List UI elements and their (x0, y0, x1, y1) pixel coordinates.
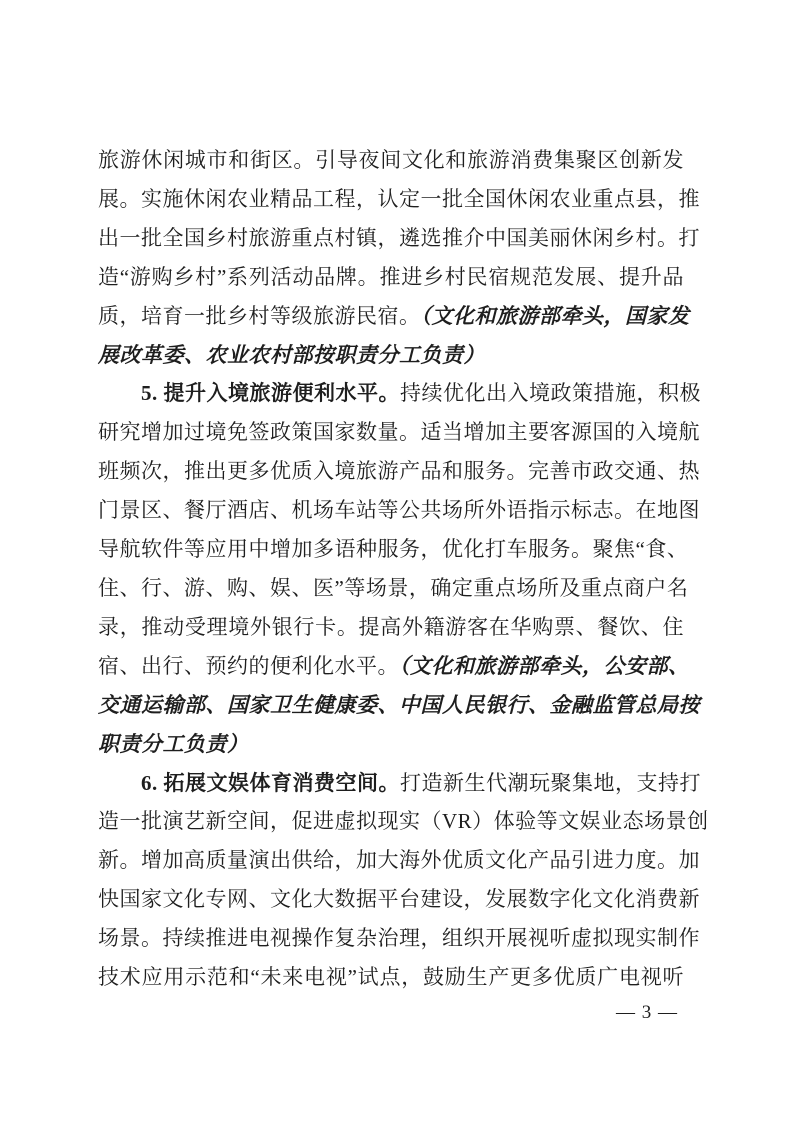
text-line: 质，培育一批乡村等级旅游民宿。（文化和旅游部牵头，国家发 (98, 297, 684, 336)
body-text-segment: 旅游休闲城市和街区。引导夜间文化和旅游消费集聚区创新发 (98, 148, 684, 172)
body-text-segment: 研究增加过境免签政策国家数量。适当增加主要客源国的入境航 (98, 420, 700, 444)
text-line: 展。实施休闲农业精品工程，认定一批全国休闲农业重点县，推 (98, 180, 684, 219)
item-heading-segment: 6. 拓展文娱体育消费空间。 (141, 771, 400, 795)
text-line: 职责分工负责） (98, 725, 684, 764)
text-line: 班频次，推出更多优质入境旅游产品和服务。完善市政交通、热 (98, 452, 684, 491)
text-line: 出一批全国乡村旅游重点村镇，遴选推介中国美丽休闲乡村。打 (98, 219, 684, 258)
text-line: 录，推动受理境外银行卡。提高外籍游客在华购票、餐饮、住 (98, 608, 684, 647)
text-line: 研究增加过境免签政策国家数量。适当增加主要客源国的入境航 (98, 413, 684, 452)
text-line: 交通运输部、国家卫生健康委、中国人民银行、金融监管总局按 (98, 686, 684, 725)
text-line: 宿、出行、预约的便利化水平。（文化和旅游部牵头，公安部、 (98, 647, 684, 686)
document-page: 旅游休闲城市和街区。引导夜间文化和旅游消费集聚区创新发 展。实施休闲农业精品工程… (0, 0, 794, 1123)
body-text-segment: 造一批演艺新空间，促进虚拟现实（VR）体验等文娱业态场景创 (98, 809, 709, 833)
body-text-segment: 快国家文化专网、文化大数据平台建设，发展数字化文化消费新 (98, 887, 700, 911)
body-text-segment: 班频次，推出更多优质入境旅游产品和服务。完善市政交通、热 (98, 459, 700, 483)
text-line: 导航软件等应用中增加多语种服务，优化打车服务。聚焦“食、 (98, 530, 684, 569)
page-number: — 3 — (616, 1001, 678, 1025)
body-text-segment: 打造新生代潮玩聚集地，支持打 (400, 771, 701, 795)
body-text-segment: 住、行、游、购、娱、医”等场景，确定重点场所及重点商户名 (98, 576, 688, 600)
text-line: 快国家文化专网、文化大数据平台建设，发展数字化文化消费新 (98, 880, 684, 919)
text-line: 场景。持续推进电视操作复杂治理，组织开展视听虚拟现实制作 (98, 919, 684, 958)
body-text-segment: 新。增加高质量演出供给，加大海外优质文化产品引进力度。加 (98, 848, 700, 872)
body-text-segment: 门景区、餐厅酒店、机场车站等公共场所外语指示标志。在地图 (98, 498, 700, 522)
text-line: 技术应用示范和“未来电视”试点，鼓励生产更多优质广电视听 (98, 958, 684, 997)
text-line: 展改革委、农业农村部按职责分工负责） (98, 336, 684, 375)
text-line: 住、行、游、购、娱、医”等场景，确定重点场所及重点商户名 (98, 569, 684, 608)
body-text-segment: 场景。持续推进电视操作复杂治理，组织开展视听虚拟现实制作 (98, 926, 700, 950)
text-line: 新。增加高质量演出供给，加大海外优质文化产品引进力度。加 (98, 841, 684, 880)
body-text-segment: 展。实施休闲农业精品工程，认定一批全国休闲农业重点县，推 (98, 187, 700, 211)
attribution-segment: （文化和旅游部牵头，国家发 (421, 304, 690, 328)
body-text-segment: 技术应用示范和“未来电视”试点，鼓励生产更多优质广电视听 (98, 965, 684, 989)
text-line: 造一批演艺新空间，促进虚拟现实（VR）体验等文娱业态场景创 (98, 802, 684, 841)
document-body: 旅游休闲城市和街区。引导夜间文化和旅游消费集聚区创新发 展。实施休闲农业精品工程… (98, 141, 684, 997)
text-line: 5. 提升入境旅游便利水平。持续优化出入境政策措施，积极 (98, 374, 684, 413)
text-line: 旅游休闲城市和街区。引导夜间文化和旅游消费集聚区创新发 (98, 141, 684, 180)
text-line: 门景区、餐厅酒店、机场车站等公共场所外语指示标志。在地图 (98, 491, 684, 530)
attribution-segment: 展改革委、农业农村部按职责分工负责） (98, 343, 485, 367)
body-text-segment: 造“游购乡村”系列活动品牌。推进乡村民宿规范发展、提升品 (98, 265, 684, 289)
attribution-segment: 职责分工负责） (98, 732, 249, 756)
attribution-segment: 交通运输部、国家卫生健康委、中国人民银行、金融监管总局按 (98, 693, 700, 717)
body-text-segment: 质，培育一批乡村等级旅游民宿。 (98, 304, 421, 328)
attribution-segment: （文化和旅游部牵头，公安部、 (399, 654, 690, 678)
body-text-segment: 录，推动受理境外银行卡。提高外籍游客在华购票、餐饮、住 (98, 615, 684, 639)
text-line: 6. 拓展文娱体育消费空间。打造新生代潮玩聚集地，支持打 (98, 764, 684, 803)
body-text-segment: 出一批全国乡村旅游重点村镇，遴选推介中国美丽休闲乡村。打 (98, 226, 700, 250)
item-heading-segment: 5. 提升入境旅游便利水平。 (141, 381, 400, 405)
body-text-segment: 导航软件等应用中增加多语种服务，优化打车服务。聚焦“食、 (98, 537, 688, 561)
text-line: 造“游购乡村”系列活动品牌。推进乡村民宿规范发展、提升品 (98, 258, 684, 297)
body-text-segment: 持续优化出入境政策措施，积极 (400, 381, 701, 405)
body-text-segment: 宿、出行、预约的便利化水平。 (98, 654, 399, 678)
